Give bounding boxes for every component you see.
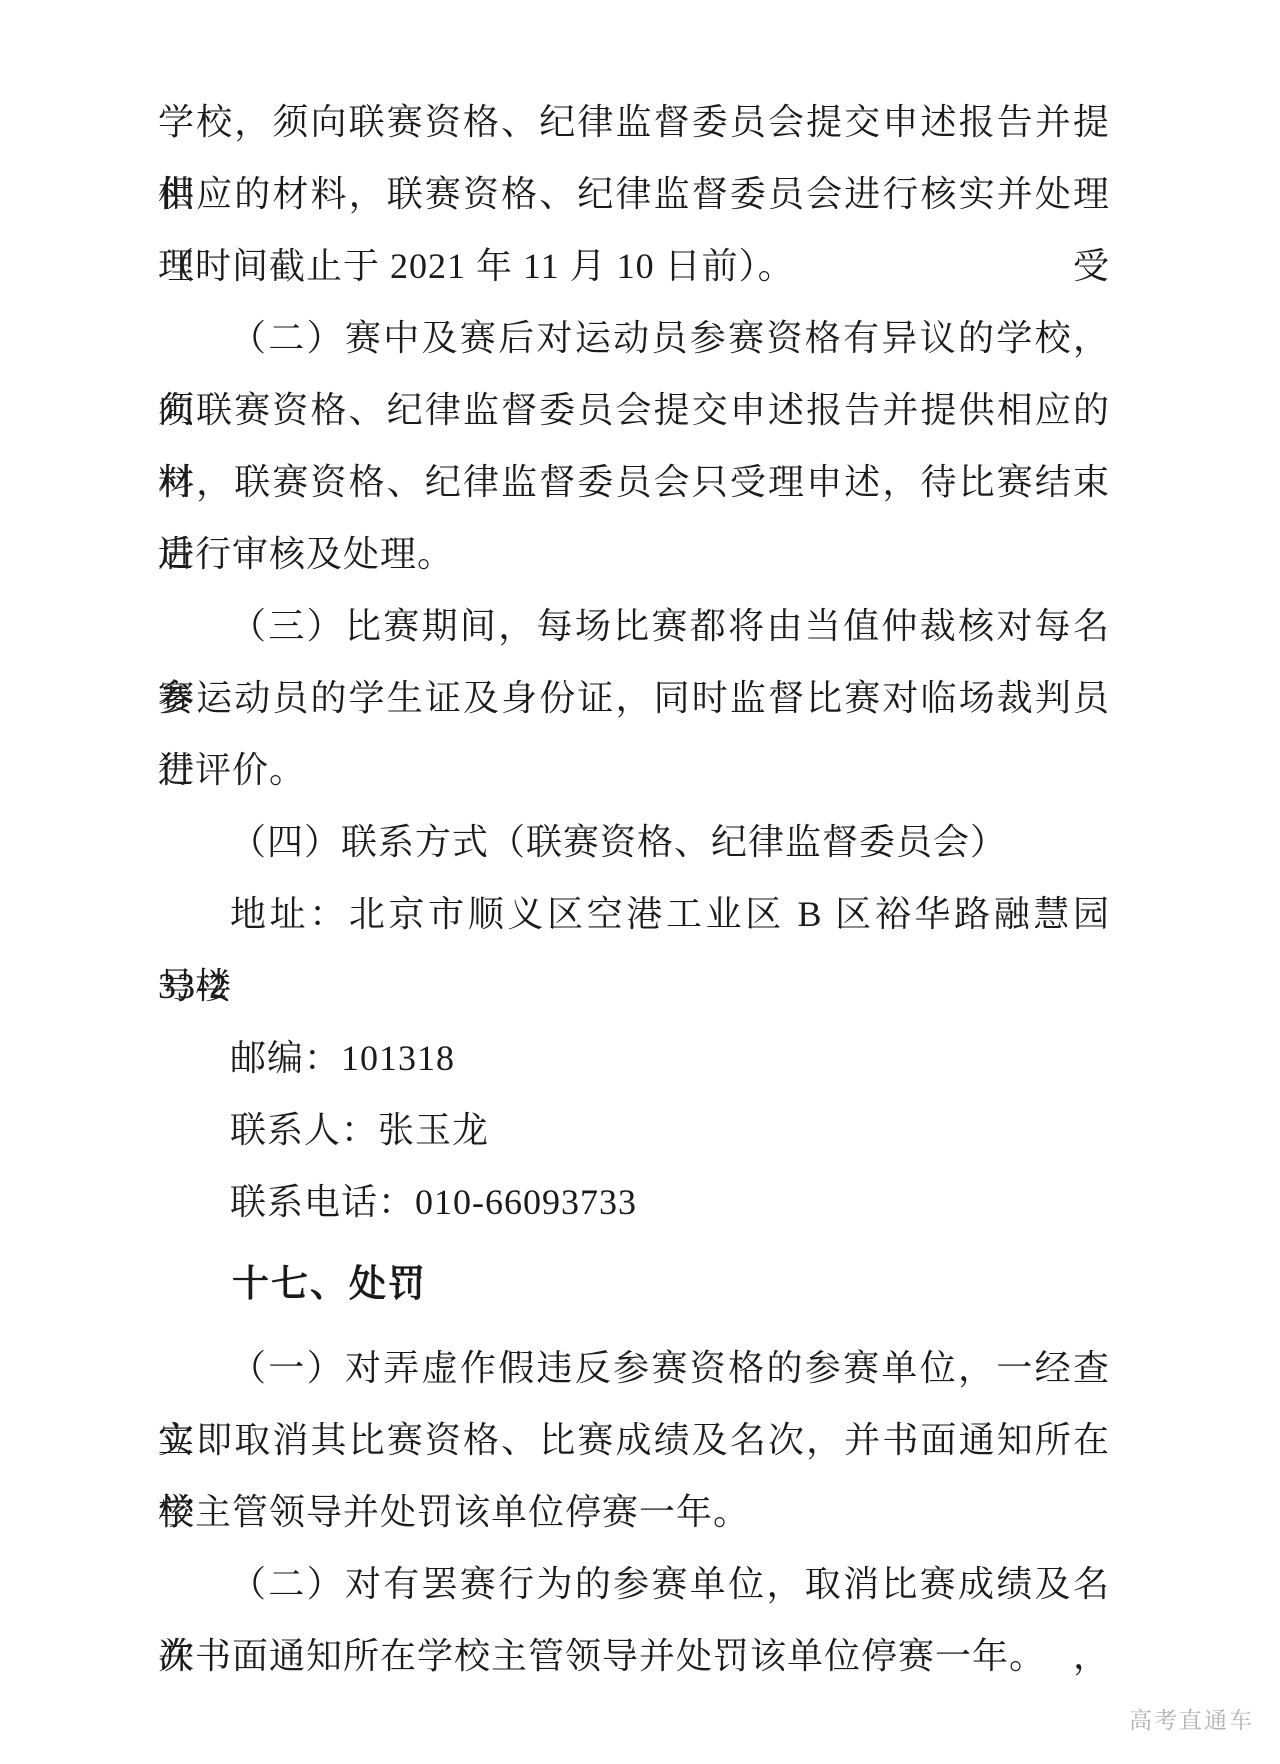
text-line-phone: 联系电话：010-66093733 bbox=[158, 1166, 1110, 1238]
text-line: 相应的材料，联赛资格、纪律监督委员会进行核实并处理（受 bbox=[158, 158, 1110, 230]
text-line-address: 地址：北京市顺义区空港工业区 B 区裕华路融慧园 33-2 bbox=[158, 878, 1110, 950]
text-line: 向联赛资格、纪律监督委员会提交申述报告并提供相应的材 bbox=[158, 374, 1110, 446]
text-line: 校主管领导并处罚该单位停赛一年。 bbox=[158, 1476, 1110, 1548]
text-line: （一）对弄虚作假违反参赛资格的参赛单位，一经查实 bbox=[158, 1332, 1110, 1404]
section-heading-penalties: 十七、处罚 bbox=[158, 1248, 1110, 1320]
text-line: 并书面通知所在学校主管领导并处罚该单位停赛一年。 bbox=[158, 1620, 1110, 1692]
text-line: （三）比赛期间，每场比赛都将由当值仲裁核对每名参 bbox=[158, 590, 1110, 662]
text-line: （二）赛中及赛后对运动员参赛资格有异议的学校，须 bbox=[158, 302, 1110, 374]
text-line-address-continued: 号楼 bbox=[158, 950, 1110, 1022]
text-line: 学校，须向联赛资格、纪律监督委员会提交申述报告并提供 bbox=[158, 86, 1110, 158]
text-line: 立即取消其比赛资格、比赛成绩及名次，并书面通知所在学 bbox=[158, 1404, 1110, 1476]
text-line: 进行审核及处理。 bbox=[158, 518, 1110, 590]
text-line: 行评价。 bbox=[158, 734, 1110, 806]
text-line-postal-code: 邮编：101318 bbox=[158, 1022, 1110, 1094]
text-line: （四）联系方式（联赛资格、纪律监督委员会） bbox=[158, 806, 1110, 878]
text-line: 赛运动员的学生证及身份证，同时监督比赛对临场裁判员进 bbox=[158, 662, 1110, 734]
text-line: 料，联赛资格、纪律监督委员会只受理申述，待比赛结束后 bbox=[158, 446, 1110, 518]
text-line-contact-person: 联系人：张玉龙 bbox=[158, 1094, 1110, 1166]
watermark: 高考直通车 bbox=[1129, 1702, 1254, 1735]
document-page: 学校，须向联赛资格、纪律监督委员会提交申述报告并提供 相应的材料，联赛资格、纪律… bbox=[0, 0, 1280, 1692]
text-line: （二）对有罢赛行为的参赛单位，取消比赛成绩及名次， bbox=[158, 1548, 1110, 1620]
